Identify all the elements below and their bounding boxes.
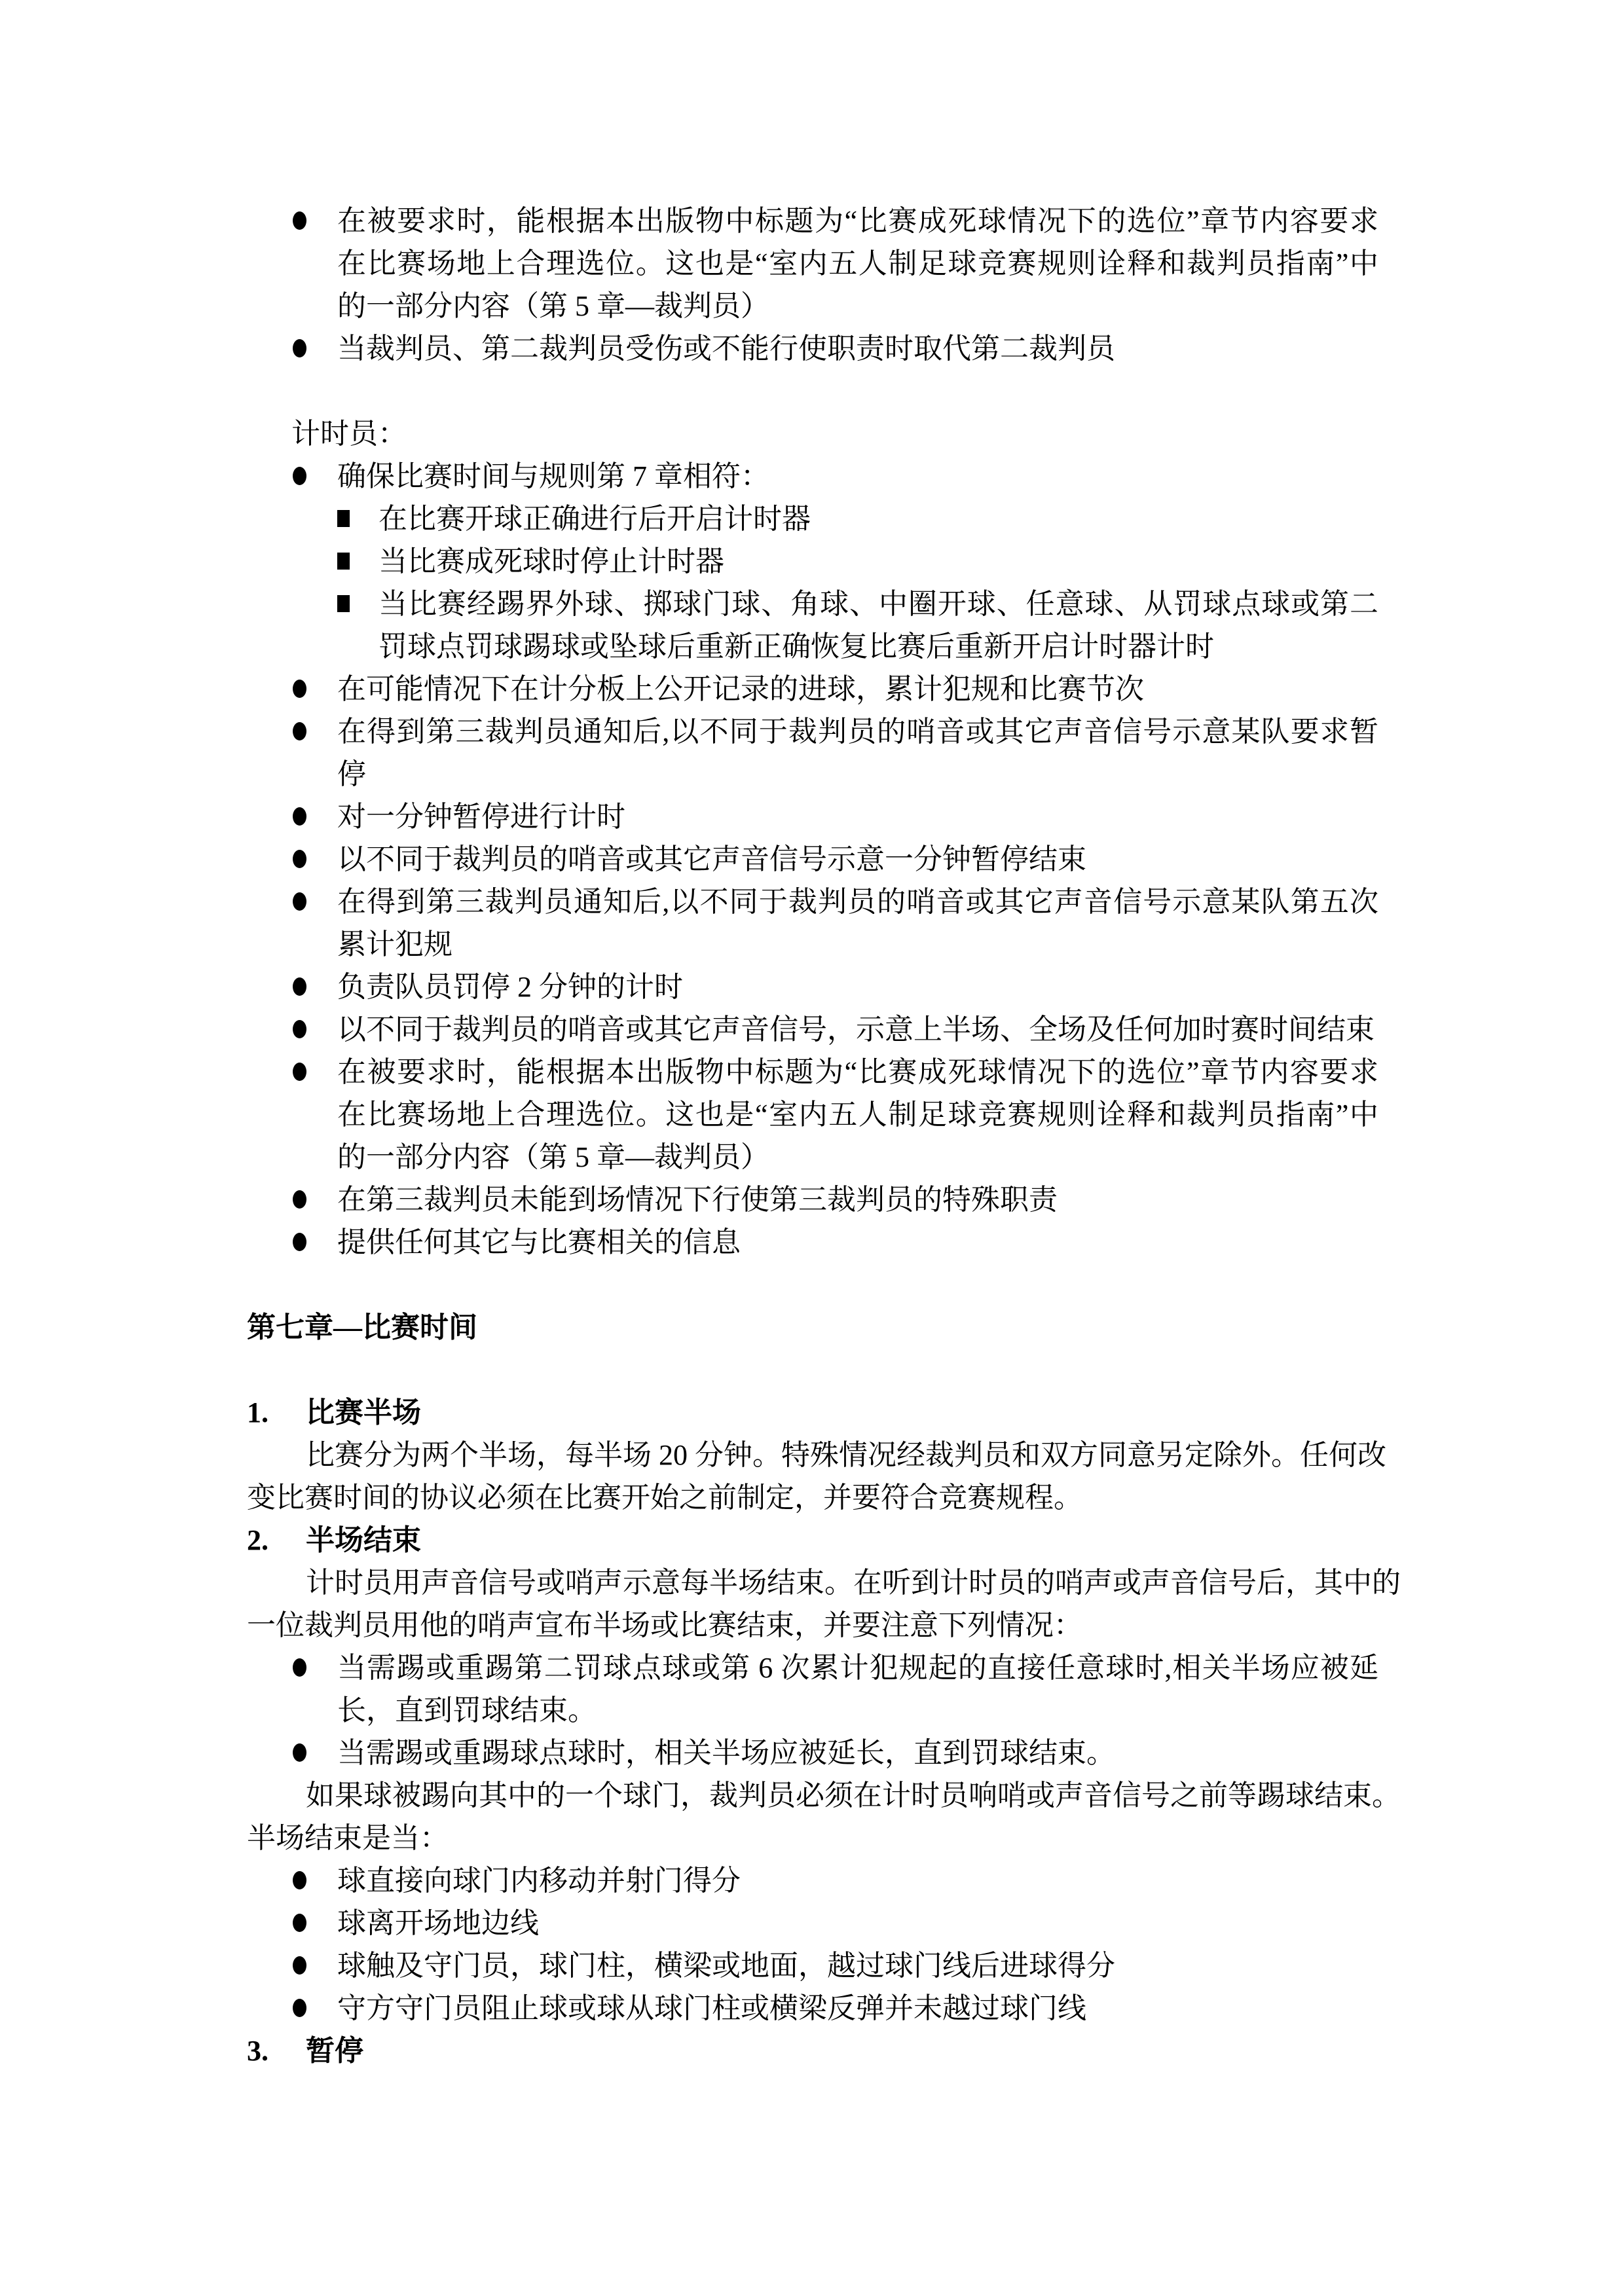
line-text: 当比赛经踢界外球、掷球门球、角球、中圈开球、任意球、从罚球点球或第二: [378, 588, 1378, 620]
line-text: 半场结束是当：: [247, 1822, 449, 1854]
text-line: 提供任何其它与比赛相关的信息: [247, 1221, 1378, 1264]
text-line: 在比赛开球正确进行后开启计时器: [247, 498, 1378, 540]
line-text: 以不同于裁判员的哨音或其它声音信号示意一分钟暂停结束: [337, 843, 1086, 875]
circle-bullet-icon: [293, 1999, 306, 2017]
line-text: 在得到第三裁判员通知后,以不同于裁判员的哨音或其它声音信号示意某队第五次: [337, 886, 1378, 918]
line-text: 在被要求时，能根据本出版物中标题为“比赛成死球情况下的选位”章节内容要求: [337, 1056, 1378, 1088]
text-line: 一位裁判员用他的哨声宣布半场或比赛结束，并要注意下列情况：: [247, 1604, 1378, 1647]
line-text: 在比赛开球正确进行后开启计时器: [378, 503, 811, 535]
circle-bullet-icon: [293, 807, 306, 826]
line-text: 长，直到罚球结束。: [337, 1694, 597, 1726]
text-line: 长，直到罚球结束。: [247, 1689, 1378, 1732]
line-text: 当裁判员、第二裁判员受伤或不能行使职责时取代第二裁判员: [337, 333, 1115, 365]
circle-bullet-icon: [293, 850, 306, 868]
line-text: 负责队员罚停 2 分钟的计时: [337, 971, 683, 1003]
circle-bullet-icon: [293, 339, 306, 357]
text-line: 守方守门员阻止球或球从球门柱或横梁反弹并未越过球门线: [247, 1987, 1378, 2030]
circle-bullet-icon: [293, 892, 306, 911]
line-text: 在得到第三裁判员通知后,以不同于裁判员的哨音或其它声音信号示意某队要求暂: [337, 716, 1378, 748]
line-text: 计时员用声音信号或哨声示意每半场结束。在听到计时员的哨声或声音信号后，其中的: [306, 1567, 1401, 1599]
blank-line: [247, 1264, 1378, 1306]
line-text: 在比赛场地上合理选位。这也是“室内五人制足球竞赛规则诠释和裁判员指南”中: [337, 247, 1378, 280]
text-line: 的一部分内容（第 5 章—裁判员）: [247, 1136, 1378, 1178]
line-text: 当需踢或重踢球点球时，相关半场应被延长，直到罚球结束。: [337, 1737, 1115, 1769]
text-line: 半场结束是当：: [247, 1817, 1378, 1859]
line-text: 累计犯规: [337, 928, 452, 960]
circle-bullet-icon: [293, 467, 306, 485]
text-line: 当比赛经踢界外球、掷球门球、角球、中圈开球、任意球、从罚球点球或第二: [247, 583, 1378, 625]
circle-bullet-icon: [293, 211, 306, 230]
text-line: 2.半场结束: [247, 1519, 1378, 1561]
line-text: 半场结束: [306, 1524, 421, 1556]
document-lines: 在被要求时，能根据本出版物中标题为“比赛成死球情况下的选位”章节内容要求在比赛场…: [247, 200, 1378, 2072]
text-line: 确保比赛时间与规则第 7 章相符：: [247, 455, 1378, 498]
circle-bullet-icon: [293, 1956, 306, 1975]
line-text: 如果球被踢向其中的一个球门，裁判员必须在计时员响哨或声音信号之前等踢球结束。: [306, 1779, 1401, 1812]
text-line: 在被要求时，能根据本出版物中标题为“比赛成死球情况下的选位”章节内容要求: [247, 1051, 1378, 1093]
line-text: 计时员：: [291, 418, 407, 450]
text-line: 当比赛成死球时停止计时器: [247, 540, 1378, 583]
document-content: 在被要求时，能根据本出版物中标题为“比赛成死球情况下的选位”章节内容要求在比赛场…: [247, 200, 1378, 2072]
text-line: 以不同于裁判员的哨音或其它声音信号示意一分钟暂停结束: [247, 838, 1378, 881]
line-text: 在比赛场地上合理选位。这也是“室内五人制足球竞赛规则诠释和裁判员指南”中: [337, 1099, 1378, 1131]
square-bullet-icon: [337, 510, 350, 527]
list-number: 3.: [247, 2030, 268, 2072]
document-page: 在被要求时，能根据本出版物中标题为“比赛成死球情况下的选位”章节内容要求在比赛场…: [0, 0, 1624, 2296]
text-line: 当裁判员、第二裁判员受伤或不能行使职责时取代第二裁判员: [247, 327, 1378, 370]
text-line: 当需踢或重踢球点球时，相关半场应被延长，直到罚球结束。: [247, 1732, 1378, 1774]
text-line: 在得到第三裁判员通知后,以不同于裁判员的哨音或其它声音信号示意某队要求暂: [247, 710, 1378, 753]
line-text: 守方守门员阻止球或球从球门柱或横梁反弹并未越过球门线: [337, 1992, 1086, 2024]
line-text: 暂停: [306, 2035, 363, 2067]
text-line: 在得到第三裁判员通知后,以不同于裁判员的哨音或其它声音信号示意某队第五次: [247, 881, 1378, 923]
square-bullet-icon: [337, 553, 350, 570]
text-line: 在被要求时，能根据本出版物中标题为“比赛成死球情况下的选位”章节内容要求: [247, 200, 1378, 242]
text-line: 在第三裁判员未能到场情况下行使第三裁判员的特殊职责: [247, 1178, 1378, 1221]
line-text: 当需踢或重踢第二罚球点球或第 6 次累计犯规起的直接任意球时,相关半场应被延: [337, 1652, 1378, 1684]
text-line: 1.比赛半场: [247, 1391, 1378, 1434]
line-text: 球触及守门员，球门柱，横梁或地面，越过球门线后进球得分: [337, 1950, 1115, 1982]
line-text: 比赛半场: [306, 1396, 421, 1429]
line-text: 在可能情况下在计分板上公开记录的进球，累计犯规和比赛节次: [337, 673, 1144, 705]
line-text: 的一部分内容（第 5 章—裁判员）: [337, 290, 769, 322]
text-line: 比赛分为两个半场，每半场 20 分钟。特殊情况经裁判员和双方同意另定除外。任何改: [247, 1434, 1378, 1476]
line-text: 以不同于裁判员的哨音或其它声音信号，示意上半场、全场及任何加时赛时间结束: [337, 1013, 1375, 1046]
text-line: 计时员：: [247, 412, 1378, 455]
circle-bullet-icon: [293, 1871, 306, 1889]
circle-bullet-icon: [293, 1190, 306, 1209]
text-line: 变比赛时间的协议必须在比赛开始之前制定，并要符合竞赛规程。: [247, 1476, 1378, 1519]
circle-bullet-icon: [293, 1743, 306, 1762]
circle-bullet-icon: [293, 1063, 306, 1081]
list-number: 1.: [247, 1391, 268, 1434]
circle-bullet-icon: [293, 680, 306, 698]
text-line: 对一分钟暂停进行计时: [247, 795, 1378, 838]
line-text: 变比赛时间的协议必须在比赛开始之前制定，并要符合竞赛规程。: [247, 1482, 1082, 1514]
list-number: 2.: [247, 1519, 268, 1561]
line-text: 球离开场地边线: [337, 1907, 539, 1939]
text-line: 罚球点罚球踢球或坠球后重新正确恢复比赛后重新开启计时器计时: [247, 625, 1378, 668]
text-line: 在比赛场地上合理选位。这也是“室内五人制足球竞赛规则诠释和裁判员指南”中: [247, 242, 1378, 285]
line-text: 的一部分内容（第 5 章—裁判员）: [337, 1141, 769, 1173]
circle-bullet-icon: [293, 1233, 306, 1251]
text-line: 计时员用声音信号或哨声示意每半场结束。在听到计时员的哨声或声音信号后，其中的: [247, 1561, 1378, 1604]
text-line: 第七章—比赛时间: [247, 1306, 1378, 1349]
line-text: 停: [337, 758, 366, 790]
text-line: 停: [247, 753, 1378, 795]
text-line: 以不同于裁判员的哨音或其它声音信号，示意上半场、全场及任何加时赛时间结束: [247, 1008, 1378, 1051]
line-text: 提供任何其它与比赛相关的信息: [337, 1226, 741, 1258]
line-text: 罚球点罚球踢球或坠球后重新正确恢复比赛后重新开启计时器计时: [378, 630, 1214, 663]
circle-bullet-icon: [293, 722, 306, 740]
text-line: 球直接向球门内移动并射门得分: [247, 1859, 1378, 1902]
square-bullet-icon: [337, 595, 350, 612]
text-line: 球离开场地边线: [247, 1902, 1378, 1944]
blank-line: [247, 1349, 1378, 1391]
circle-bullet-icon: [293, 977, 306, 996]
text-line: 球触及守门员，球门柱，横梁或地面，越过球门线后进球得分: [247, 1944, 1378, 1987]
line-text: 比赛分为两个半场，每半场 20 分钟。特殊情况经裁判员和双方同意另定除外。任何改: [306, 1439, 1386, 1471]
line-text: 一位裁判员用他的哨声宣布半场或比赛结束，并要注意下列情况：: [247, 1609, 1082, 1641]
line-text: 在被要求时，能根据本出版物中标题为“比赛成死球情况下的选位”章节内容要求: [337, 205, 1378, 237]
text-line: 当需踢或重踢第二罚球点球或第 6 次累计犯规起的直接任意球时,相关半场应被延: [247, 1647, 1378, 1689]
text-line: 的一部分内容（第 5 章—裁判员）: [247, 285, 1378, 327]
text-line: 负责队员罚停 2 分钟的计时: [247, 966, 1378, 1008]
line-text: 对一分钟暂停进行计时: [337, 801, 625, 833]
text-line: 在可能情况下在计分板上公开记录的进球，累计犯规和比赛节次: [247, 668, 1378, 710]
line-text: 确保比赛时间与规则第 7 章相符：: [337, 460, 769, 492]
line-text: 第七章—比赛时间: [247, 1311, 477, 1343]
circle-bullet-icon: [293, 1020, 306, 1038]
circle-bullet-icon: [293, 1658, 306, 1677]
text-line: 累计犯规: [247, 923, 1378, 966]
text-line: 如果球被踢向其中的一个球门，裁判员必须在计时员响哨或声音信号之前等踢球结束。: [247, 1774, 1378, 1817]
circle-bullet-icon: [293, 1914, 306, 1932]
text-line: 3.暂停: [247, 2030, 1378, 2072]
line-text: 在第三裁判员未能到场情况下行使第三裁判员的特殊职责: [337, 1184, 1058, 1216]
line-text: 当比赛成死球时停止计时器: [378, 545, 724, 577]
text-line: 在比赛场地上合理选位。这也是“室内五人制足球竞赛规则诠释和裁判员指南”中: [247, 1093, 1378, 1136]
blank-line: [247, 370, 1378, 412]
line-text: 球直接向球门内移动并射门得分: [337, 1865, 741, 1897]
